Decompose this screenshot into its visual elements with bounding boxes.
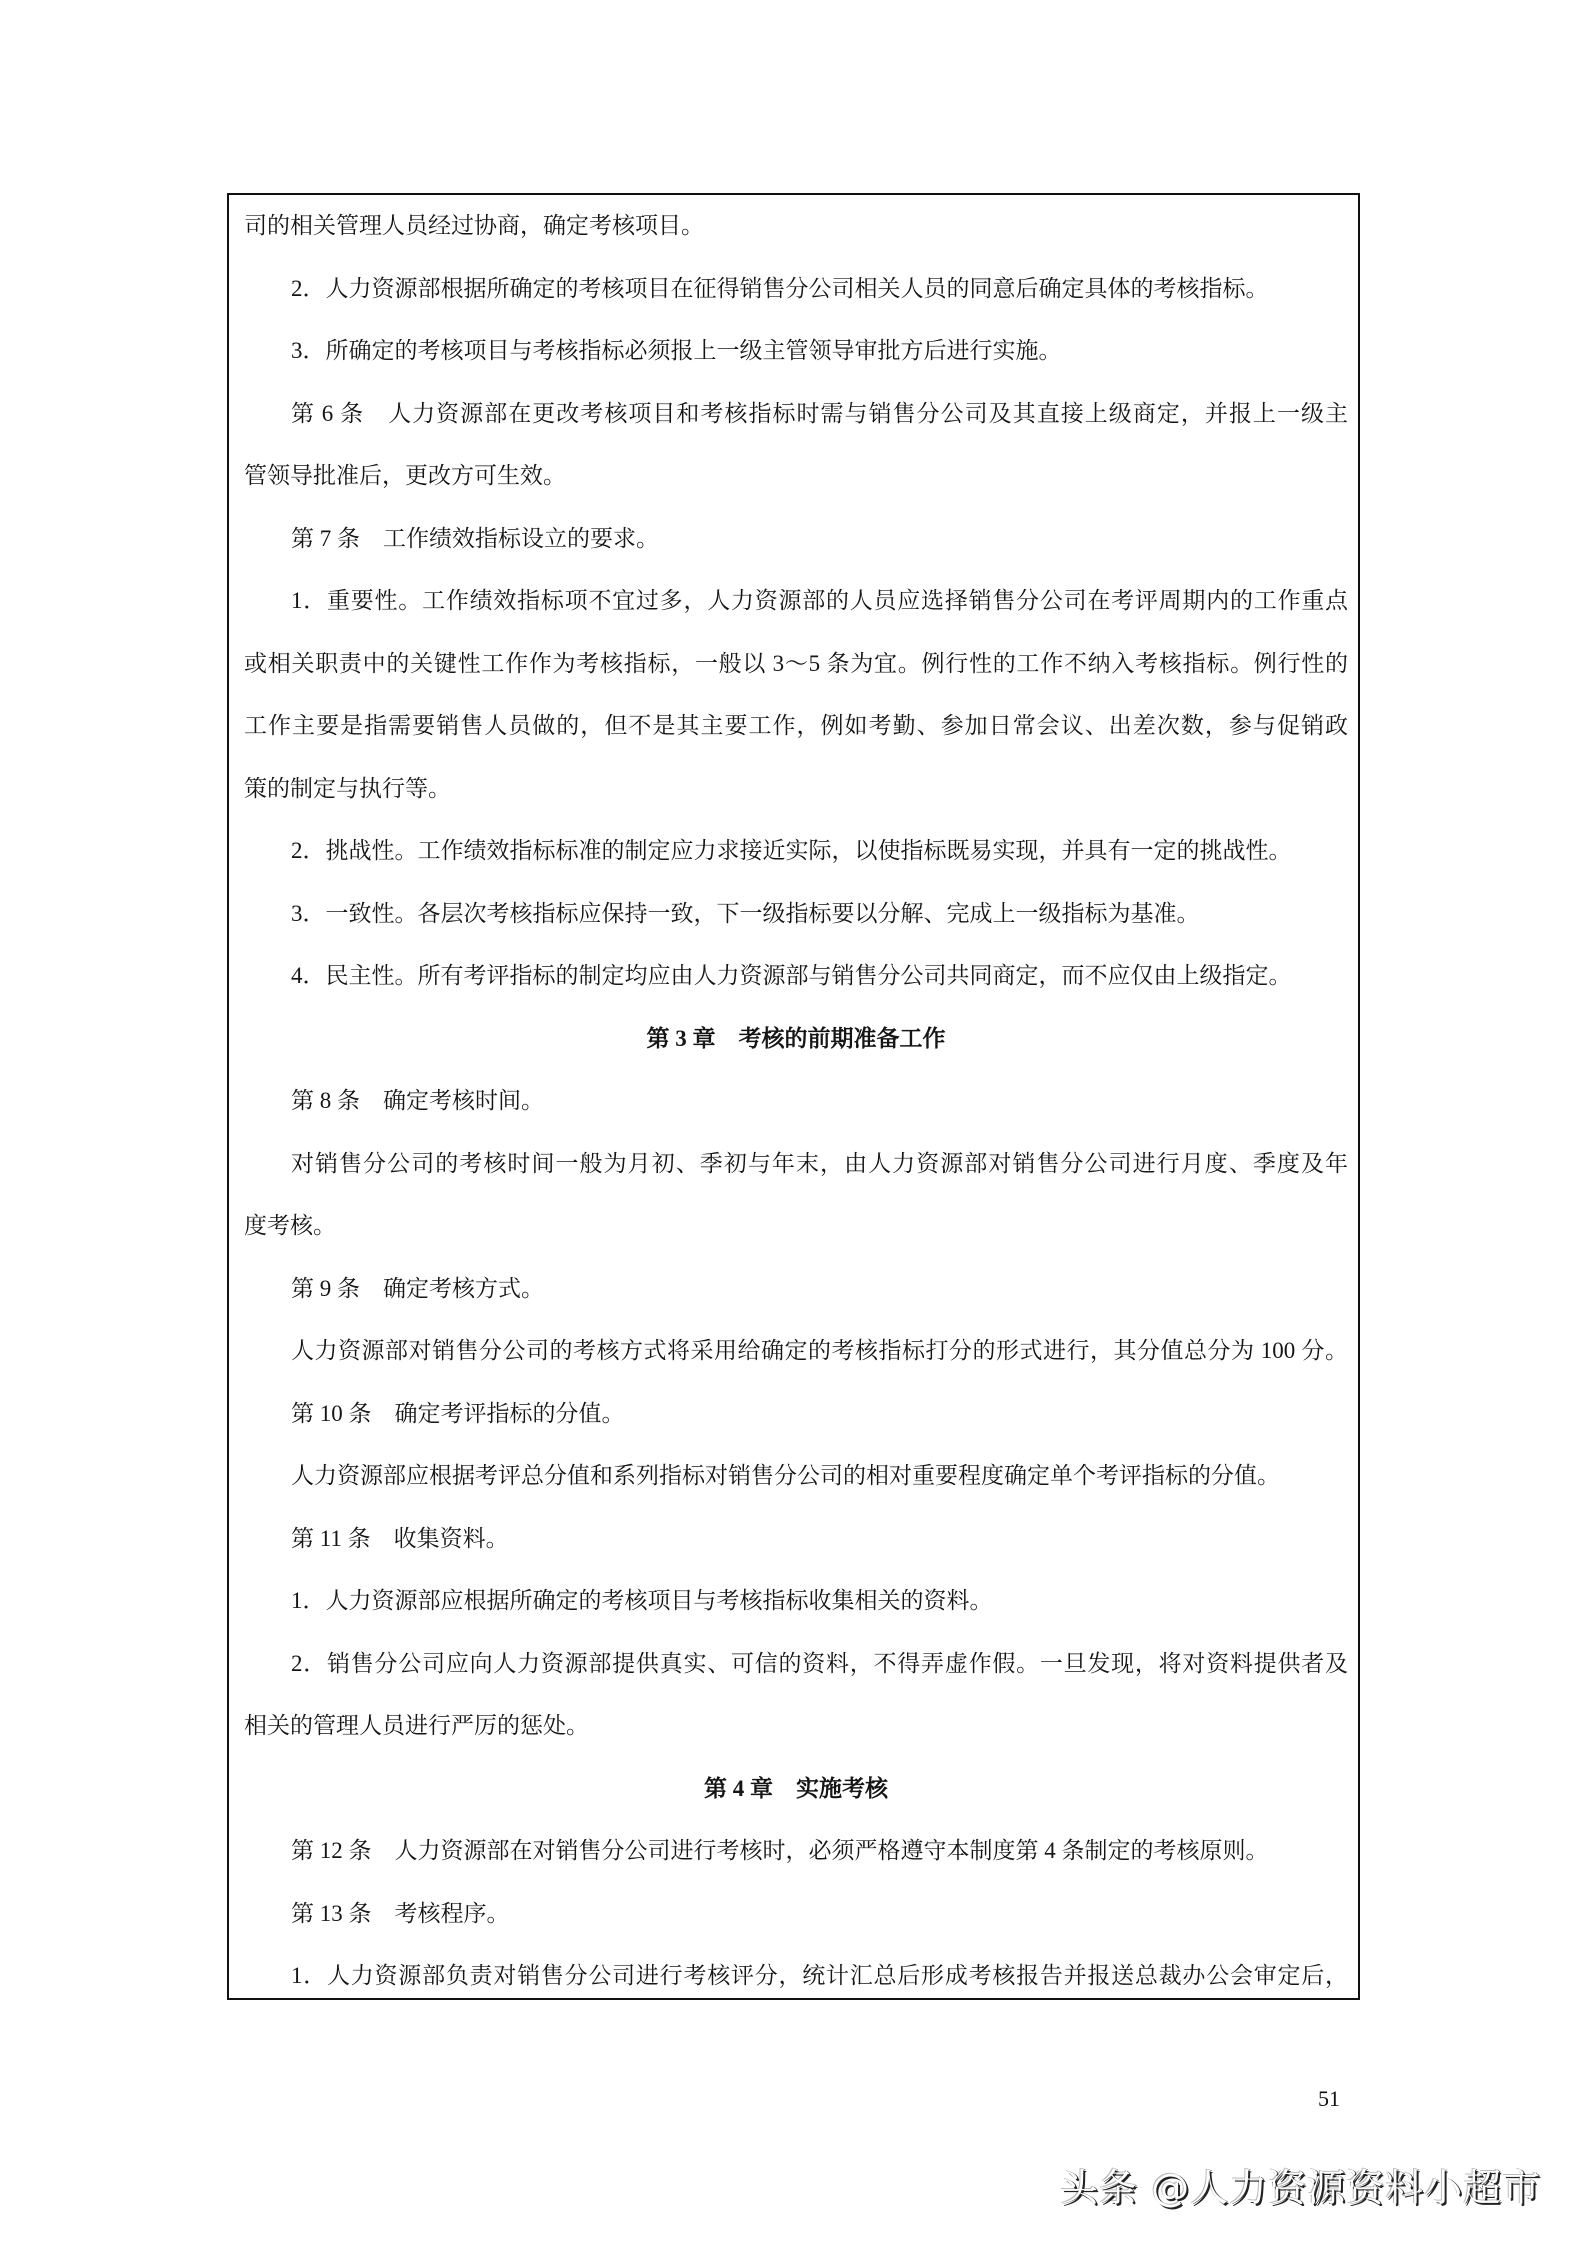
paragraph-line: 1．人力资源部应根据所确定的考核项目与考核指标收集相关的资料。 xyxy=(291,1581,1348,1621)
article-13: 第 13 条 考核程序。 xyxy=(291,1894,1348,1934)
paragraph-line: 1．人力资源部负责对销售分公司进行考核评分，统计汇总后形成考核报告并报送总裁办公… xyxy=(291,1956,1348,1996)
paragraph-line: 工作主要是指需要销售人员做的，但不是其主要工作，例如考勤、参加日常会议、出差次数… xyxy=(244,706,1348,746)
watermark: 头条 @人力资源资料小超市 xyxy=(1060,2164,1541,2212)
paragraph-line: 2．挑战性。工作绩效指标标准的制定应力求接近实际，以使指标既易实现，并具有一定的… xyxy=(291,831,1348,871)
article-7: 第 7 条 工作绩效指标设立的要求。 xyxy=(291,519,1348,559)
article-8: 第 8 条 确定考核时间。 xyxy=(291,1081,1348,1121)
article-6: 第 6 条 人力资源部在更改考核项目和考核指标时需与销售分公司及其直接上级商定，… xyxy=(291,394,1348,434)
article-12: 第 12 条 人力资源部在对销售分公司进行考核时，必须严格遵守本制度第 4 条制… xyxy=(291,1831,1348,1871)
paragraph-line: 度考核。 xyxy=(244,1206,1348,1246)
chapter-3-heading: 第 3 章 考核的前期准备工作 xyxy=(244,1019,1348,1059)
paragraph-line: 1．重要性。工作绩效指标项不宜过多，人力资源部的人员应选择销售分公司在考评周期内… xyxy=(291,581,1348,621)
paragraph-line: 或相关职责中的关键性工作作为考核指标，一般以 3～5 条为宜。例行性的工作不纳入… xyxy=(244,644,1348,684)
paragraph-line: 2．销售分公司应向人力资源部提供真实、可信的资料，不得弄虚作假。一旦发现，将对资… xyxy=(291,1644,1348,1684)
paragraph-line: 相关的管理人员进行严厉的惩处。 xyxy=(244,1706,1348,1746)
paragraph-line: 司的相关管理人员经过协商，确定考核项目。 xyxy=(244,206,1348,246)
article-11: 第 11 条 收集资料。 xyxy=(291,1519,1348,1559)
page-number: 51 xyxy=(1318,2086,1340,2112)
paragraph-line: 2．人力资源部根据所确定的考核项目在征得销售分公司相关人员的同意后确定具体的考核… xyxy=(291,269,1348,309)
paragraph-line: 人力资源部对销售分公司的考核方式将采用给确定的考核指标打分的形式进行，其分值总分… xyxy=(291,1331,1348,1371)
paragraph-line: 4．民主性。所有考评指标的制定均应由人力资源部与销售分公司共同商定，而不应仅由上… xyxy=(291,956,1348,996)
paragraph-line: 3．所确定的考核项目与考核指标必须报上一级主管领导审批方后进行实施。 xyxy=(291,331,1348,371)
chapter-4-heading: 第 4 章 实施考核 xyxy=(244,1769,1348,1809)
article-9: 第 9 条 确定考核方式。 xyxy=(291,1269,1348,1309)
paragraph-line: 3．一致性。各层次考核指标应保持一致，下一级指标要以分解、完成上一级指标为基准。 xyxy=(291,894,1348,934)
article-10: 第 10 条 确定考评指标的分值。 xyxy=(291,1394,1348,1434)
paragraph-line: 管领导批准后，更改方可生效。 xyxy=(244,456,1348,496)
paragraph-line: 策的制定与执行等。 xyxy=(244,769,1348,809)
document-frame: 司的相关管理人员经过协商，确定考核项目。 2．人力资源部根据所确定的考核项目在征… xyxy=(227,193,1360,2000)
paragraph-line: 人力资源部应根据考评总分值和系列指标对销售分公司的相对重要程度确定单个考评指标的… xyxy=(291,1456,1348,1496)
paragraph-line: 对销售分公司的考核时间一般为月初、季初与年末，由人力资源部对销售分公司进行月度、… xyxy=(291,1144,1348,1184)
